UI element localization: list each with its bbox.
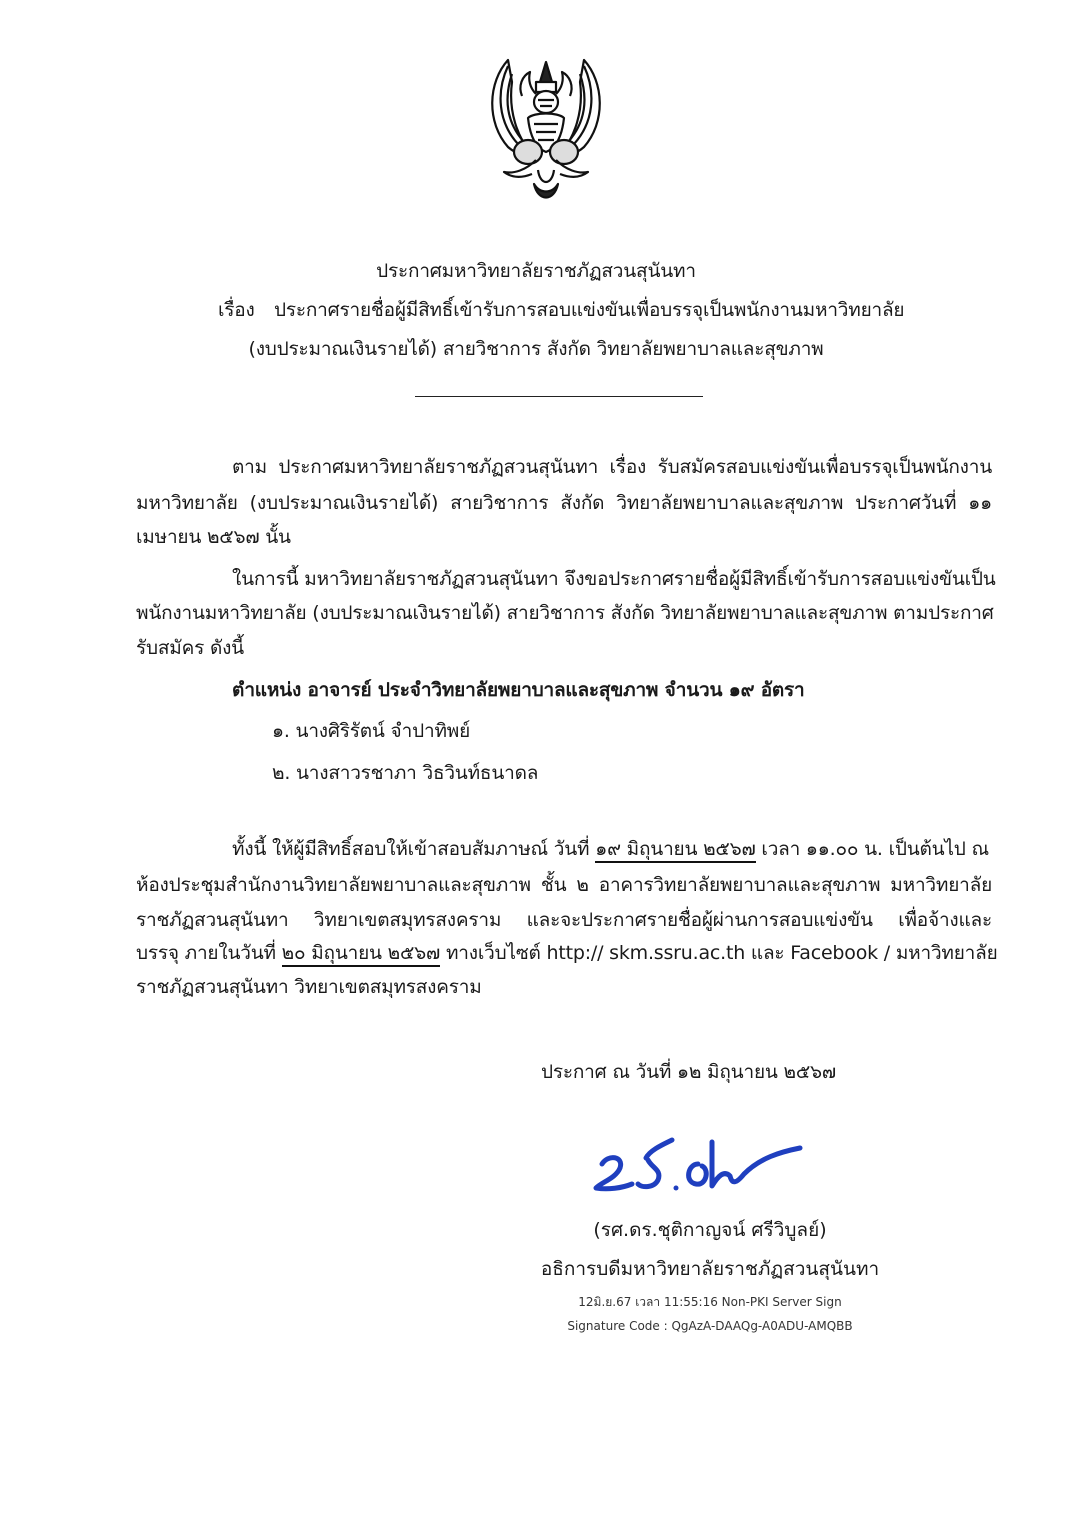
para2-line-2: พนักงานมหาวิทยาลัย (งบประมาณเงินรายได้) … <box>136 598 992 628</box>
signer-name: (รศ.ดร.ชุติกาญจน์ ศรีวิบูลย์) <box>540 1215 880 1245</box>
para2-line-1: ในการนี้ มหาวิทยาลัยราชภัฏสวนสุนันทา จึง… <box>232 564 992 594</box>
announcement-org-title: ประกาศมหาวิทยาลัยราชภัฏสวนสุนันทา <box>0 256 1072 286</box>
result-date: ๒๐ มิถุนายน ๒๕๖๗ <box>282 942 440 967</box>
para3-line-2: ห้องประชุมสำนักงานวิทยาลัยพยาบาลและสุขภา… <box>136 870 992 900</box>
handwritten-signature-icon <box>588 1130 808 1200</box>
signer-title: อธิการบดีมหาวิทยาลัยราชภัฏสวนสุนันทา <box>520 1254 900 1284</box>
candidate-item: ๑. นางศิริรัตน์ จำปาทิพย์ <box>272 716 470 746</box>
para3-line-1-post: เวลา ๑๑.๐๐ น. เป็นต้นไป ณ <box>756 838 989 860</box>
position-heading: ตำแหน่ง อาจารย์ ประจำวิทยาลัยพยาบาลและสุ… <box>232 675 805 705</box>
garuda-emblem-icon <box>478 52 614 208</box>
para3-line-4-post: ทางเว็บไซต์ http:// skm.ssru.ac.th และ F… <box>440 942 997 964</box>
para1-line-1: ตาม ประกาศมหาวิทยาลัยราชภัฏสวนสุนันทา เร… <box>232 452 992 482</box>
header-divider <box>415 396 703 397</box>
para3-line-1-pre: ทั้งนี้ ให้ผู้มีสิทธิ์สอบให้เข้าสอบสัมภา… <box>232 838 595 860</box>
subject-line-2: (งบประมาณเงินรายได้) สายวิชาการ สังกัด ว… <box>0 334 1072 364</box>
subject-line-1: ประกาศรายชื่อผู้มีสิทธิ์เข้ารับการสอบแข่… <box>274 295 904 325</box>
announced-date: ประกาศ ณ วันที่ ๑๒ มิถุนายน ๒๕๖๗ <box>541 1057 836 1087</box>
para3-line-1: ทั้งนี้ ให้ผู้มีสิทธิ์สอบให้เข้าสอบสัมภา… <box>232 834 989 864</box>
para3-line-3: ราชภัฏสวนสุนันทา วิทยาเขตสมุทรสงคราม และ… <box>136 905 992 935</box>
para3-line-5: ราชภัฏสวนสุนันทา วิทยาเขตสมุทรสงคราม <box>136 972 482 1002</box>
para3-line-4: บรรจุ ภายในวันที่ ๒๐ มิถุนายน ๒๕๖๗ ทางเว… <box>136 938 998 968</box>
subject-label: เรื่อง <box>218 295 255 325</box>
para1-line-3: เมษายน ๒๕๖๗ นั้น <box>136 522 291 552</box>
signature-code: Signature Code : QgAzA-DAAQg-A0ADU-AMQBB <box>520 1319 900 1333</box>
candidate-item: ๒. นางสาวรชาภา วิธวินท์ธนาดล <box>272 758 538 788</box>
sign-timestamp: 12มิ.ย.67 เวลา 11:55:16 Non-PKI Server S… <box>520 1293 900 1312</box>
para3-line-4-pre: บรรจุ ภายในวันที่ <box>136 942 282 964</box>
para2-line-3: รับสมัคร ดังนี้ <box>136 633 244 663</box>
interview-date: ๑๙ มิถุนายน ๒๕๖๗ <box>595 838 755 863</box>
para1-line-2: มหาวิทยาลัย (งบประมาณเงินรายได้) สายวิชา… <box>136 488 992 518</box>
